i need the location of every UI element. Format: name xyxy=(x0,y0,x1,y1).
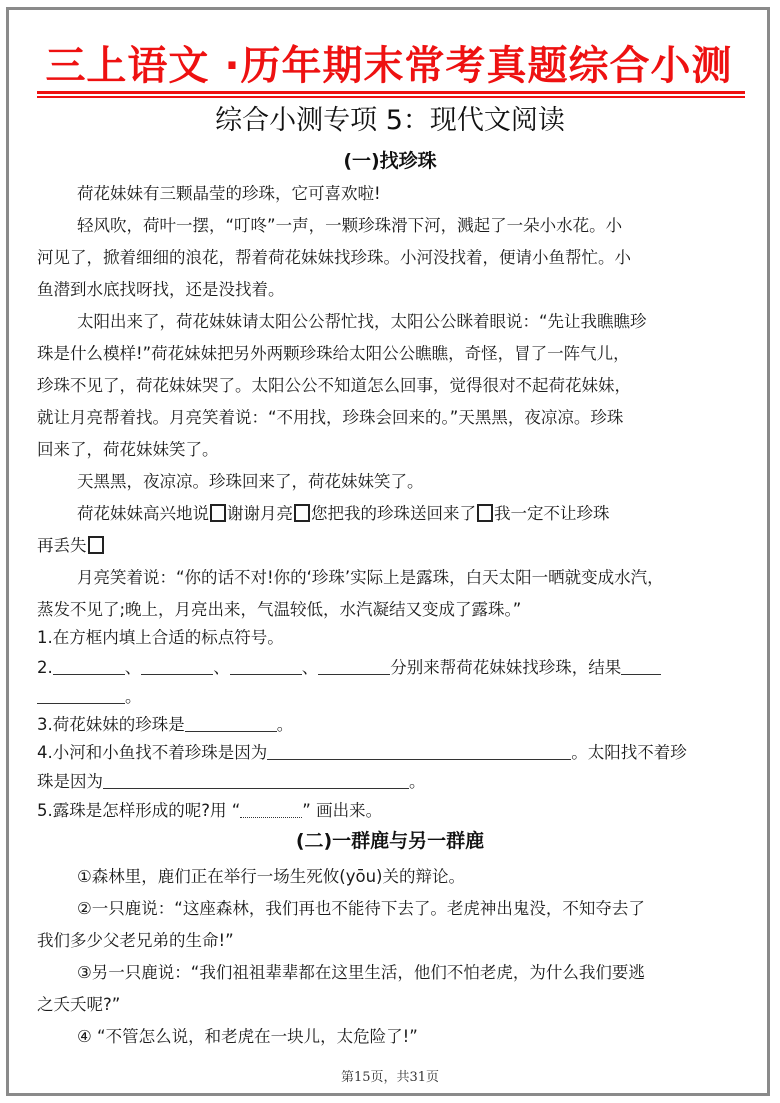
fill-box-text: 荷花妹妹高兴地说 xyxy=(77,504,209,523)
passage-line: 太阳出来了，荷花妹妹请太阳公公帮忙找，太阳公公眯着眼说：“先让我瞧瞧珍 xyxy=(77,311,780,333)
question-text: 分别来帮荷花妹妹找珍珠，结果 xyxy=(390,658,621,677)
title-underline-thick xyxy=(37,91,745,94)
passage-line: 月亮笑着说：“你的话不对!你的‘珍珠’实际上是露珠，白天太阳一晒就变成水汽， xyxy=(77,567,780,589)
fill-box-text: 再丢失 xyxy=(37,536,87,555)
passage-line: 鱼潜到水底找呀找，还是没找着。 xyxy=(37,279,747,301)
answer-blank[interactable] xyxy=(267,743,571,760)
passage-line: 荷花妹妹有三颗晶莹的珍珠，它可喜欢啦! xyxy=(77,183,780,205)
question-text: 3.荷花妹妹的珍珠是 xyxy=(37,715,185,734)
question-text: 珠是因为 xyxy=(37,772,103,791)
page-number: 第15页，共31页 xyxy=(0,1066,780,1085)
punctuation-box[interactable] xyxy=(88,536,104,554)
question-3: 3.荷花妹妹的珍珠是。 xyxy=(37,714,747,736)
punctuation-box[interactable] xyxy=(477,504,493,522)
question-text: 5.露珠是怎样形成的呢?用 “ xyxy=(37,801,240,820)
section-title-1: (一)找珍珠 xyxy=(0,148,780,174)
answer-blank[interactable] xyxy=(37,687,125,704)
passage-line: 珠是什么模样!”荷花妹妹把另外两颗珍珠给太阳公公瞧瞧，奇怪，冒了一阵气儿， xyxy=(37,343,747,365)
question-text: 。 xyxy=(409,772,426,791)
question-text: 4.小河和小鱼找不着珍珠是因为 xyxy=(37,743,267,762)
separator: 、 xyxy=(302,658,319,677)
passage-line: ③另一只鹿说：“我们祖祖辈辈都在这里生活，他们不怕老虎，为什么我们要逃 xyxy=(77,962,780,984)
answer-blank[interactable] xyxy=(230,658,302,675)
answer-blank[interactable] xyxy=(141,658,213,675)
separator: 、 xyxy=(213,658,230,677)
question-text: ” 画出来。 xyxy=(302,801,382,820)
wavy-line-sample xyxy=(240,801,302,818)
question-4-cont: 珠是因为。 xyxy=(37,771,747,793)
passage-line: 河见了，掀着细细的浪花，帮着荷花妹妹找珍珠。小河没找着，便请小鱼帮忙。小 xyxy=(37,247,747,269)
passage-line: 回来了，荷花妹妹笑了。 xyxy=(37,439,747,461)
separator: 、 xyxy=(125,658,142,677)
question-5: 5.露珠是怎样形成的呢?用 “” 画出来。 xyxy=(37,800,747,822)
question-2: 2.、、、分别来帮荷花妹妹找珍珠，结果 xyxy=(37,657,747,679)
passage-line: 轻风吹，荷叶一摆，“叮咚”一声，一颗珍珠滑下河，溅起了一朵小水花。小 xyxy=(77,215,780,237)
main-title: 三上语文 ·历年期末常考真题综合小测 xyxy=(30,40,748,92)
question-text: 。 xyxy=(277,715,294,734)
section-title-2: (二)一群鹿与另一群鹿 xyxy=(0,828,780,854)
page-subtitle: 综合小测专项 5：现代文阅读 xyxy=(0,103,780,139)
title-underline-thin xyxy=(37,96,745,98)
question-number: 2. xyxy=(37,658,53,677)
answer-blank[interactable] xyxy=(318,658,390,675)
passage-line: 就让月亮帮着找。月亮笑着说：“不用找，珍珠会回来的。”天黑黑，夜凉凉。珍珠 xyxy=(37,407,747,429)
passage-line: 之夭夭呢?” xyxy=(37,994,747,1016)
passage-line: ②一只鹿说：“这座森林，我们再也不能待下去了。老虎神出鬼没，不知夺去了 xyxy=(77,898,780,920)
answer-blank[interactable] xyxy=(103,772,409,789)
passage-line: ①森林里，鹿们正在举行一场生死攸(yōu)关的辩论。 xyxy=(77,866,780,888)
fill-box-text: 谢谢月亮 xyxy=(227,504,293,523)
question-4: 4.小河和小鱼找不着珍珠是因为。太阳找不着珍 xyxy=(37,742,747,764)
punctuation-box[interactable] xyxy=(294,504,310,522)
passage-line: ④ “不管怎么说，和老虎在一块儿，太危险了!” xyxy=(77,1026,780,1048)
passage-line: 我们多少父老兄弟的生命!” xyxy=(37,930,747,952)
question-text: 。 xyxy=(125,687,142,706)
passage-line: 天黑黑，夜凉凉。珍珠回来了，荷花妹妹笑了。 xyxy=(77,471,780,493)
question-2-cont: 。 xyxy=(37,686,747,708)
fill-box-text: 我一定不让珍珠 xyxy=(494,504,610,523)
question-1: 1.在方框内填上合适的标点符号。 xyxy=(37,627,747,649)
answer-blank[interactable] xyxy=(53,658,125,675)
answer-blank[interactable] xyxy=(621,658,661,675)
fill-box-line: 再丢失 xyxy=(37,535,747,557)
punctuation-box[interactable] xyxy=(210,504,226,522)
question-text: 。太阳找不着珍 xyxy=(571,743,687,762)
fill-box-line: 荷花妹妹高兴地说谢谢月亮您把我的珍珠送回来了我一定不让珍珠 xyxy=(77,503,780,525)
passage-line: 蒸发不见了;晚上，月亮出来，气温较低，水汽凝结又变成了露珠。” xyxy=(37,599,747,621)
passage-line: 珍珠不见了，荷花妹妹哭了。太阳公公不知道怎么回事，觉得很对不起荷花妹妹， xyxy=(37,375,747,397)
fill-box-text: 您把我的珍珠送回来了 xyxy=(311,504,476,523)
answer-blank[interactable] xyxy=(185,715,277,732)
